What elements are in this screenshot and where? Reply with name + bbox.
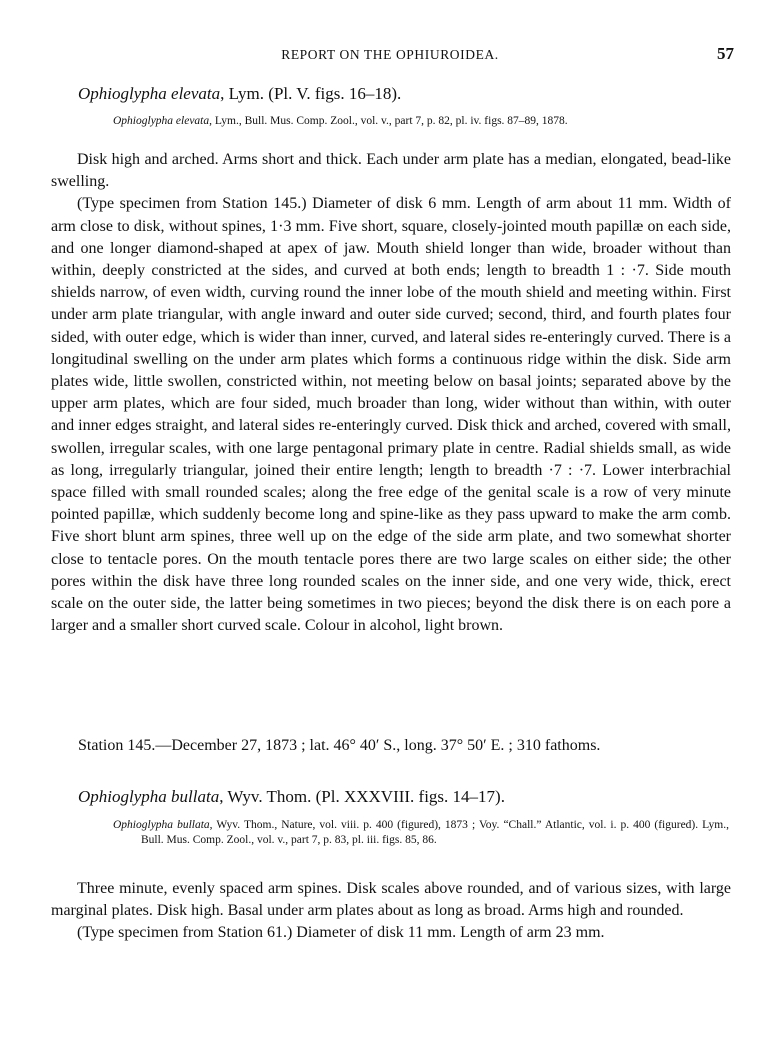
species-heading-bullata: Ophioglypha bullata, Wyv. Thom. (Pl. XXX…: [78, 787, 505, 807]
document-page: REPORT ON THE OPHIUROIDEA. 57 Ophioglyph…: [0, 0, 776, 1050]
running-header: REPORT ON THE OPHIUROIDEA. 57: [50, 46, 730, 66]
species-name: Ophioglypha bullata: [78, 787, 219, 806]
description-elevata: Disk high and arched. Arms short and thi…: [51, 149, 731, 637]
species-authority: , Wyv. Thom. (Pl. XXXVIII. figs. 14–17).: [219, 787, 505, 806]
synonym-citation: , Lym., Bull. Mus. Comp. Zool., vol. v.,…: [209, 115, 568, 127]
description-paragraph: (Type specimen from Station 145.) Diamet…: [51, 193, 731, 637]
description-paragraph: Disk high and arched. Arms short and thi…: [51, 149, 731, 193]
species-name: Ophioglypha elevata: [78, 84, 220, 103]
synonym-name: Ophioglypha elevata: [113, 115, 209, 127]
description-paragraph: (Type specimen from Station 61.) Diamete…: [51, 922, 731, 944]
species-heading-elevata: Ophioglypha elevata, Lym. (Pl. V. figs. …: [78, 84, 401, 104]
synonymy-elevata: Ophioglypha elevata, Lym., Bull. Mus. Co…: [113, 114, 729, 129]
page-number: 57: [717, 44, 734, 64]
synonymy-bullata: Ophioglypha bullata, Wyv. Thom., Nature,…: [113, 818, 729, 848]
description-paragraph: Three minute, evenly spaced arm spines. …: [51, 878, 731, 922]
species-authority: , Lym. (Pl. V. figs. 16–18).: [220, 84, 401, 103]
synonym-name: Ophioglypha bullata: [113, 819, 210, 831]
running-title: REPORT ON THE OPHIUROIDEA.: [50, 47, 730, 63]
station-record-elevata: Station 145.—December 27, 1873 ; lat. 46…: [78, 737, 600, 755]
synonym-citation: , Wyv. Thom., Nature, vol. viii. p. 400 …: [141, 819, 729, 846]
description-bullata: Three minute, evenly spaced arm spines. …: [51, 878, 731, 945]
